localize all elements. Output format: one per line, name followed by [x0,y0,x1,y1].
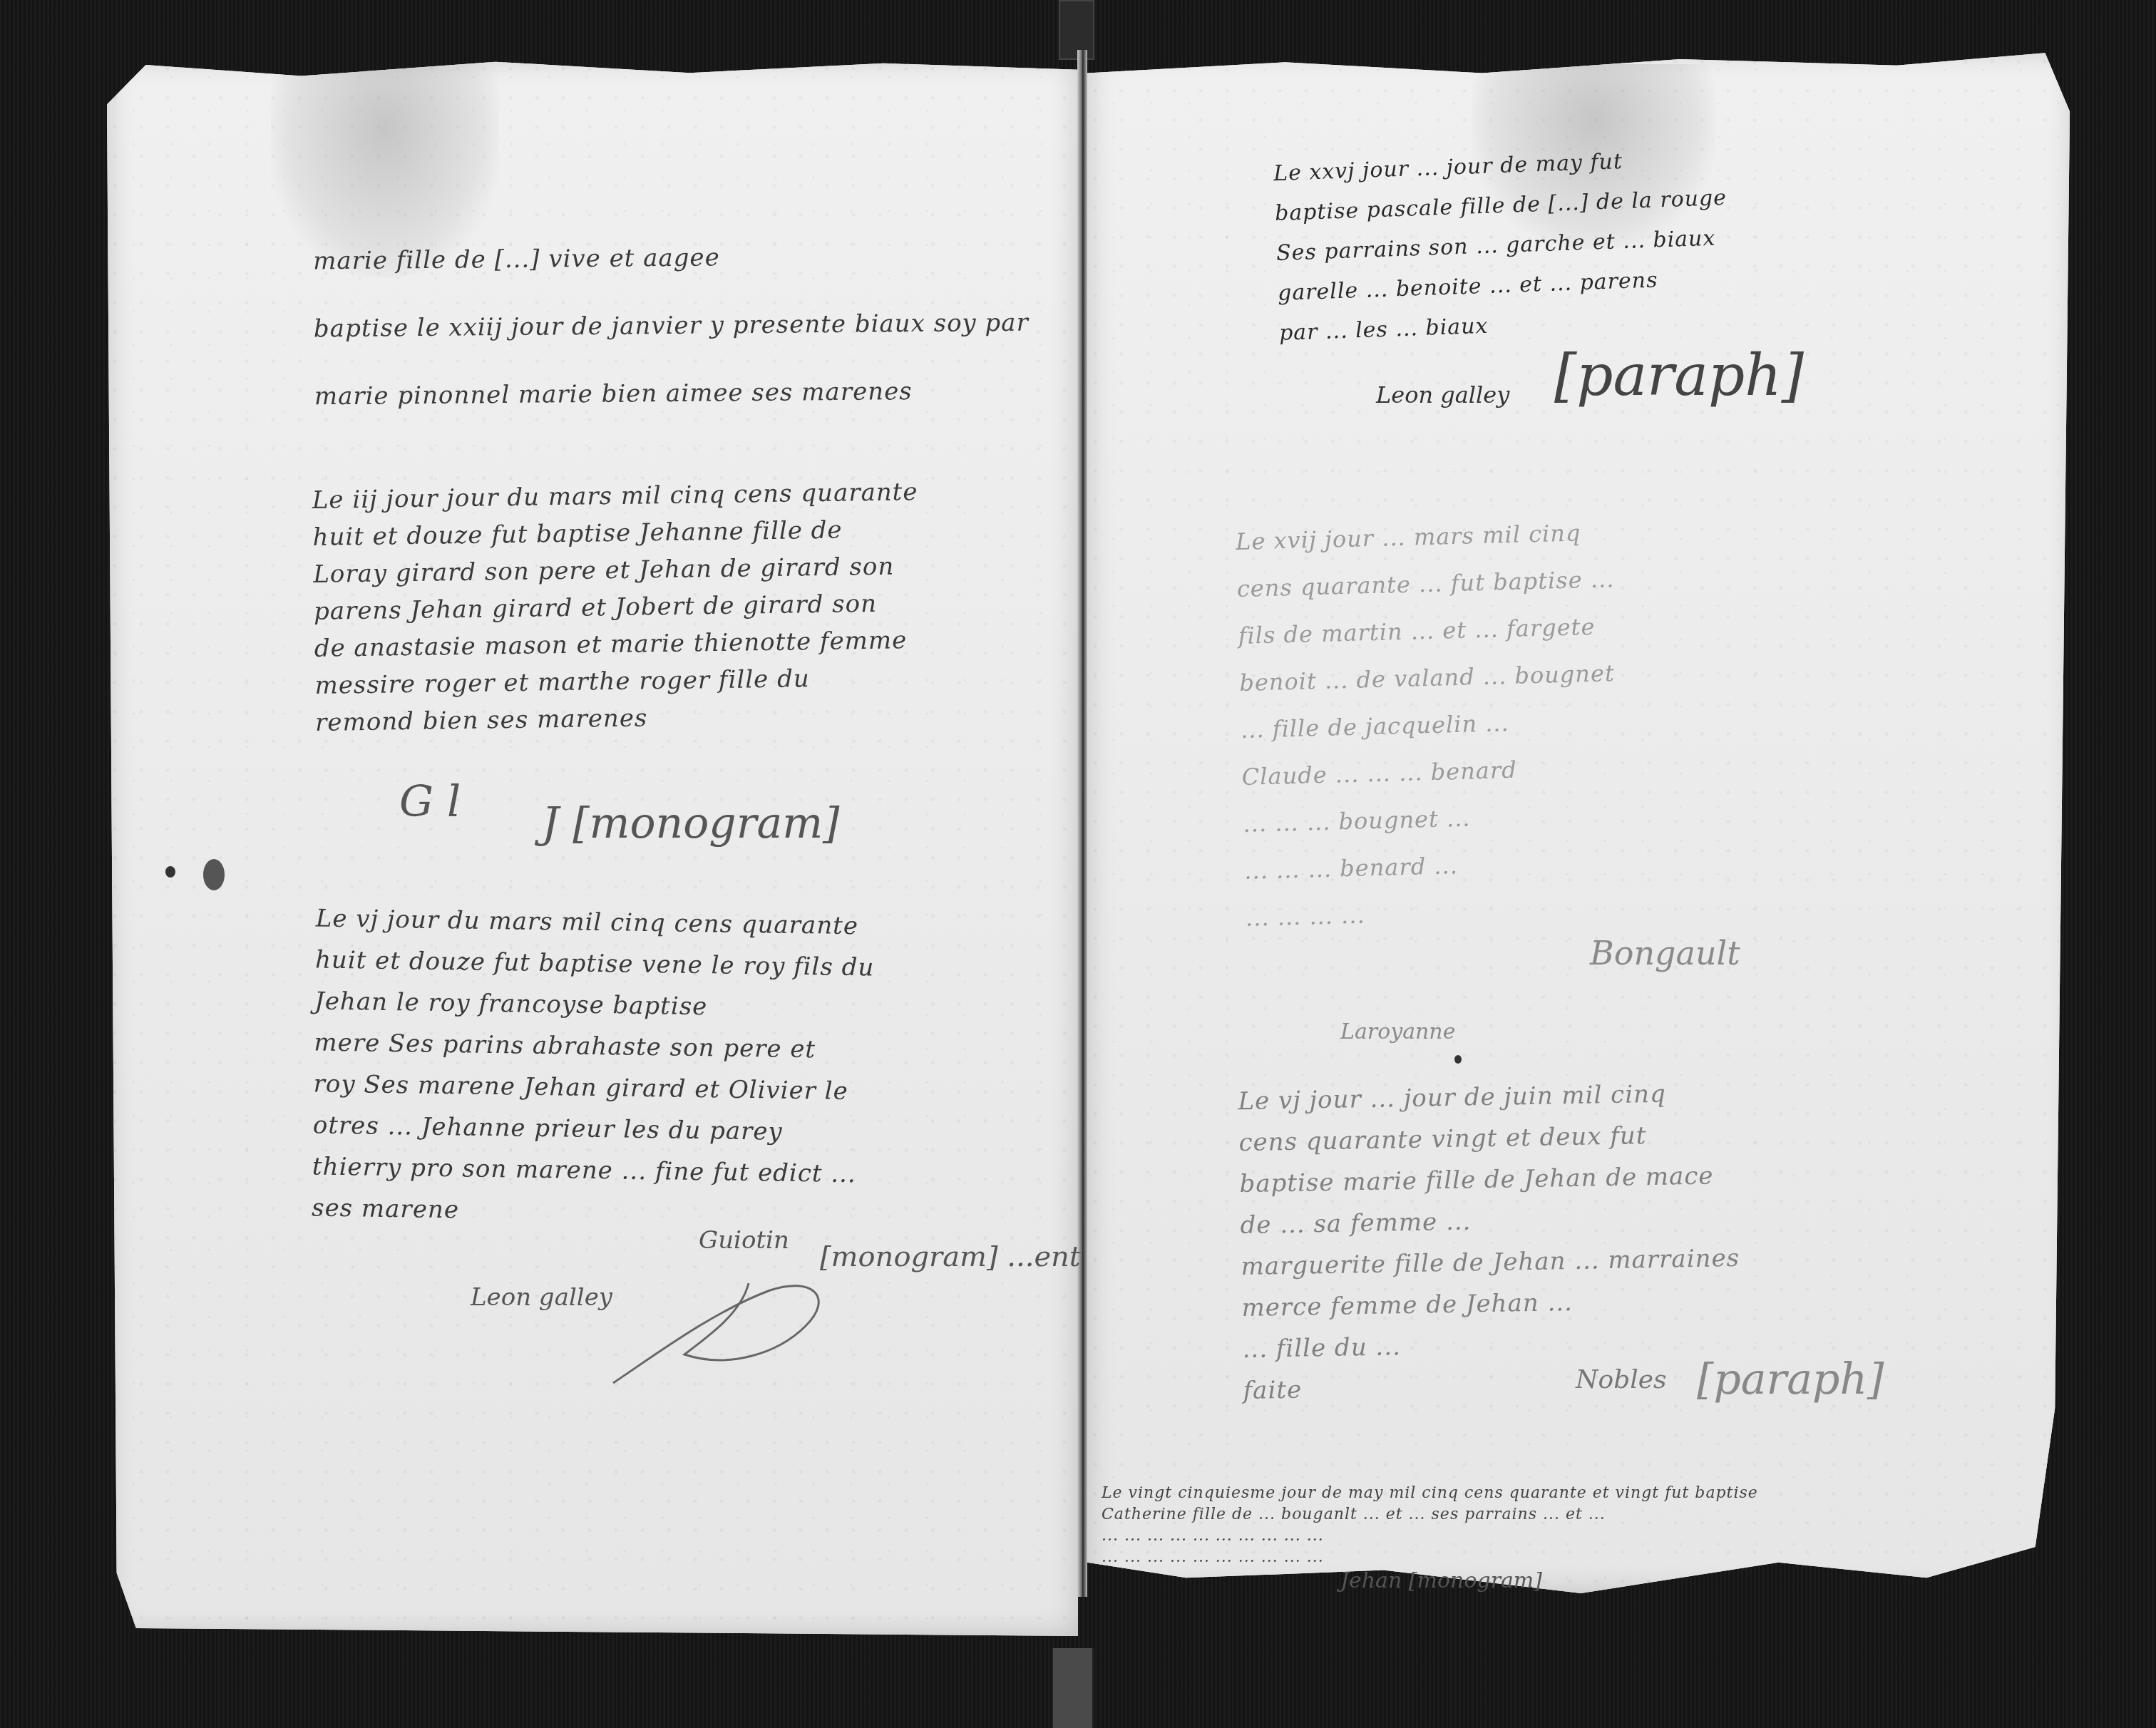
right-entry-4: Le vingt cinquiesme jour de may mil cinq… [1102,1483,1758,1568]
signature-flourish-icon [599,1269,870,1397]
signature: [paraph] [1554,342,1804,408]
left-entry-1: marie fille de [...] vive et aagee bapti… [313,222,1030,431]
text-line: Catherine fille de ... bouganlt ... et .… [1102,1504,1758,1526]
binding-clasp-top [1059,0,1094,60]
left-entry-2: Le iij jour jour du mars mil cinq cens q… [312,473,922,741]
signature: Leon galley [471,1283,612,1312]
signature: Guiotin [699,1226,789,1255]
text-line: marie fille de [...] vive et aagee [313,222,1029,296]
text-line: thierry pro son marene ... fine fut edic… [312,1146,872,1195]
right-entry-1: Le xxvj jour ... jour de may fut baptise… [1273,138,1731,354]
text-line: Le vj jour du mars mil cinq cens quarant… [315,898,875,947]
text-line: baptise marie fille de Jehan de mace [1239,1155,1738,1205]
text-line: ... ... ... ... ... ... ... ... ... ... [1102,1526,1758,1547]
right-entry-3: Le vj jour ... jour de juin mil cinq cen… [1238,1072,1742,1411]
text-line: otres ... Jehanne prieur les du parey [312,1105,872,1154]
ink-blot [165,866,175,878]
text-line: mere Ses parins abrahaste son pere et [314,1022,873,1071]
signature: G l [399,777,461,827]
text-line: huit et douze fut baptise vene le roy fi… [315,940,875,989]
ink-blot [203,859,225,890]
right-entry-2: Le xvij jour ... mars mil cinq cens quar… [1235,508,1623,942]
text-line: benoit ... de valand ... bougnet [1238,649,1617,706]
signature: Nobles [1576,1365,1667,1394]
signature: J [monogram] [542,798,839,848]
binding-clasp-bottom [1052,1648,1094,1728]
text-line: ... ... ... ... ... ... ... ... ... ... [1102,1547,1758,1568]
signature: [paraph] [1697,1354,1884,1404]
text-line: ... ... ... ... [1245,885,1623,942]
text-line: Le vj jour ... jour de juin mil cinq [1238,1072,1737,1122]
signature: Jehan [monogram] [1340,1568,1542,1593]
text-line: faite [1243,1362,1742,1411]
text-line: roy Ses marene Jehan girard et Olivier l… [313,1064,873,1113]
text-line: marie pinonnel marie bien aimee ses mare… [314,357,1030,431]
text-line: baptise le xxiij jour de janvier y prese… [314,289,1030,364]
text-line: marguerite fille de Jehan ... marraines [1241,1238,1740,1287]
signature: Laroyanne [1340,1019,1455,1044]
book-gutter [1077,50,1087,1597]
ink-blot [1454,1055,1462,1064]
signature: Leon galley [1376,381,1509,408]
left-entry-3: Le vj jour du mars mil cinq cens quarant… [312,898,876,1237]
signature: Bongault [1590,934,1740,972]
text-line: Le vingt cinquiesme jour de may mil cinq… [1102,1483,1758,1504]
text-line: Jehan le roy francoyse baptise [314,981,874,1030]
